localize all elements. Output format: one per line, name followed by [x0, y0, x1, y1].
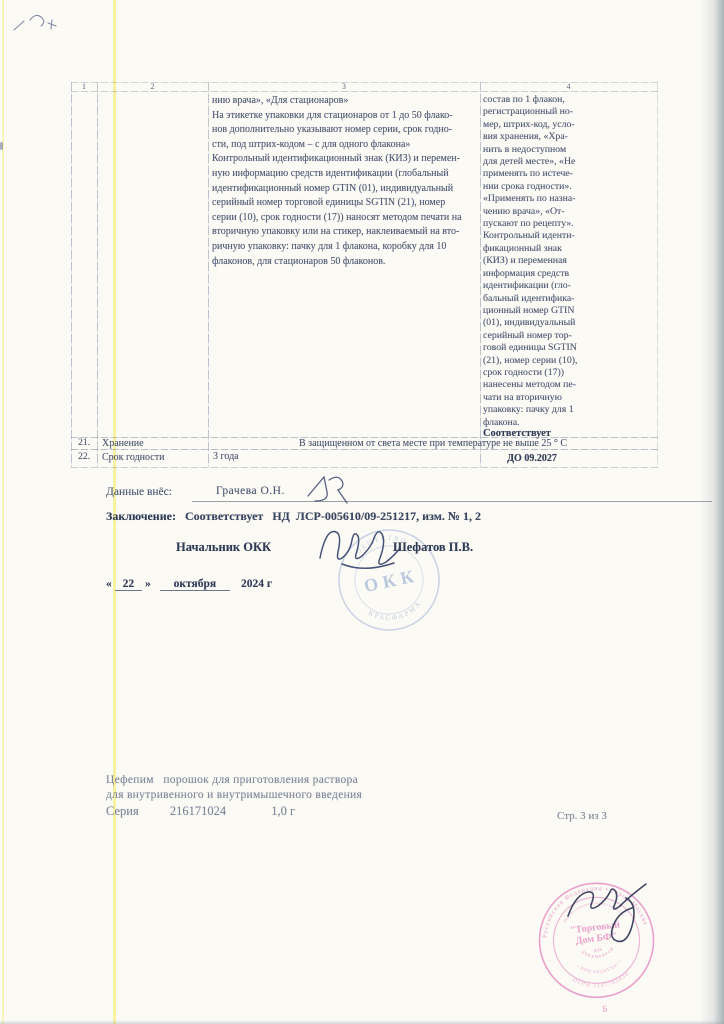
text-line: идентификации (гло-: [483, 280, 609, 292]
table-border-c1: [97, 82, 98, 467]
text-line: состав по 1 флакон,: [483, 94, 609, 106]
page-number: Стр. 3 из 3: [557, 810, 607, 822]
row22-expiry: ДО 09.2027: [472, 453, 592, 464]
text-line: применять по истече-: [483, 168, 609, 180]
row22-top-border: [71, 449, 658, 450]
col-header-1: 1: [71, 82, 97, 91]
row21-number: 21.: [73, 438, 95, 448]
col-header-3: 3: [208, 82, 480, 91]
date-year: 2024 г: [241, 578, 272, 590]
row20-package-text: состав по 1 флакон,регистрационный но-ме…: [483, 94, 609, 429]
series-label: Серия: [106, 804, 139, 818]
text-line: чению врача», «От-: [483, 206, 609, 218]
entered-by-name: Грачева О.Н.: [216, 485, 285, 497]
fold-line-left: [2, 0, 4, 1024]
text-line: нов дополнительно указывают номер серии,…: [212, 123, 480, 138]
text-line: срок годности (17)): [483, 367, 609, 379]
text-line: Контрольный иденти-: [483, 230, 609, 242]
pen-scribble-icon: [12, 8, 64, 38]
row21-value: В защищенном от света месте при температ…: [208, 438, 658, 449]
edge-mark: [0, 142, 3, 150]
text-line: регистрационный но-: [483, 106, 609, 118]
text-line: серийный номер тор-: [483, 330, 609, 342]
table-bottom-border: [71, 467, 658, 468]
text-line: информация средств: [483, 268, 609, 280]
text-line: мер, штрих-код, усло-: [483, 119, 609, 131]
text-line: идентификационный номер GTIN (01), индив…: [212, 182, 480, 197]
approver-name: Шефатов П.В.: [393, 540, 473, 555]
approver-title: Начальник ОКК: [176, 540, 271, 555]
text-line: нию врача», «Для стационаров»: [212, 94, 480, 109]
scanned-document-page: 1 2 3 4 нию врача», «Для стационаров»На …: [0, 0, 724, 1024]
series-line: Серия 216171024 1,0 г: [106, 804, 295, 819]
row21-name: Хранение: [102, 438, 144, 449]
entered-by-underline: [192, 501, 712, 502]
text-line: пускают по рецепту».: [483, 218, 609, 230]
text-line: Контрольный идентификационный знак (КИЗ)…: [212, 152, 480, 167]
text-line: нанесены методом пе-: [483, 379, 609, 391]
seal-bottom-letter: Б: [602, 1003, 608, 1014]
date-month: октября: [160, 578, 230, 591]
row22-number: 22.: [73, 452, 95, 462]
text-line: упаковку: пачку для 1: [483, 404, 609, 416]
table-border-right: [657, 82, 658, 467]
text-line: серии (10), срок годности (17)) наносят …: [212, 211, 480, 226]
series-number: 216171024: [170, 804, 226, 818]
table-border-c2: [208, 82, 209, 467]
product-name-line2: для внутривенного и внутримышечного введ…: [106, 789, 362, 801]
table-border-c3: [480, 82, 481, 467]
entered-by-label: Данные внёс:: [106, 486, 172, 498]
text-line: На этикетке упаковки для стационаров от …: [212, 109, 480, 124]
table-header-border: [71, 91, 658, 92]
approver-signature: [312, 518, 404, 578]
text-line: говой единицы SGTIN: [483, 342, 609, 354]
text-line: (21), номер серии (10),: [483, 355, 609, 367]
text-line: сти, под штрих-кодом – с для одного флак…: [212, 138, 480, 153]
row22-value: 3 года: [213, 451, 239, 462]
text-line: нии срока годности».: [483, 181, 609, 193]
text-line: (01), индивидуальный: [483, 317, 609, 329]
col-header-2: 2: [97, 82, 208, 91]
date-close-quote: »: [145, 578, 151, 590]
page-edge-shadow-bottom: [0, 1020, 724, 1024]
text-line: фикационный знак: [483, 243, 609, 255]
entered-by-signature: [302, 470, 352, 508]
product-name-line1: Цефепим порошок для приготовления раство…: [106, 774, 358, 786]
row22-name: Срок годности: [102, 452, 164, 463]
text-line: ричную упаковку: пачку для 1 флакона, ко…: [212, 240, 480, 255]
text-line: вия хранения, «Хра-: [483, 131, 609, 143]
text-line: вторичную упаковку или на стикер, наклеи…: [212, 225, 480, 240]
text-line: серийный номер торговой единицы SGTIN (2…: [212, 196, 480, 211]
text-line: ционный номер GTIN: [483, 305, 609, 317]
text-line: бальный идентифика-: [483, 293, 609, 305]
svg-text:КРАСФАРМА: КРАСФАРМА: [366, 598, 426, 627]
date-day: 22: [115, 578, 143, 591]
table-border-left: [71, 82, 72, 467]
text-line: для детей месте», «Не: [483, 156, 609, 168]
date-open-quote: «: [106, 578, 112, 590]
text-line: (КИЗ) и переменная: [483, 255, 609, 267]
text-line: флаконов, для стационаров 50 флаконов.: [212, 255, 480, 270]
series-dose: 1,0 г: [271, 804, 295, 818]
text-line: нить в недоступном: [483, 144, 609, 156]
page-edge-shadow-right: [700, 0, 724, 1024]
text-line: чати на вторичную: [483, 392, 609, 404]
conclusion-label: Заключение:: [106, 509, 176, 523]
okk-stamp-arc-bottom: КРАСФАРМА: [366, 598, 426, 627]
text-line: «Применять по назна-: [483, 193, 609, 205]
seal-signature: [556, 868, 666, 963]
col-header-4: 4: [480, 82, 657, 91]
date-line: « 22 » октября 2024 г: [106, 578, 272, 590]
row20-method-text: нию врача», «Для стационаров»На этикетке…: [212, 94, 480, 269]
text-line: ную информацию средств идентификации (гл…: [212, 167, 480, 182]
